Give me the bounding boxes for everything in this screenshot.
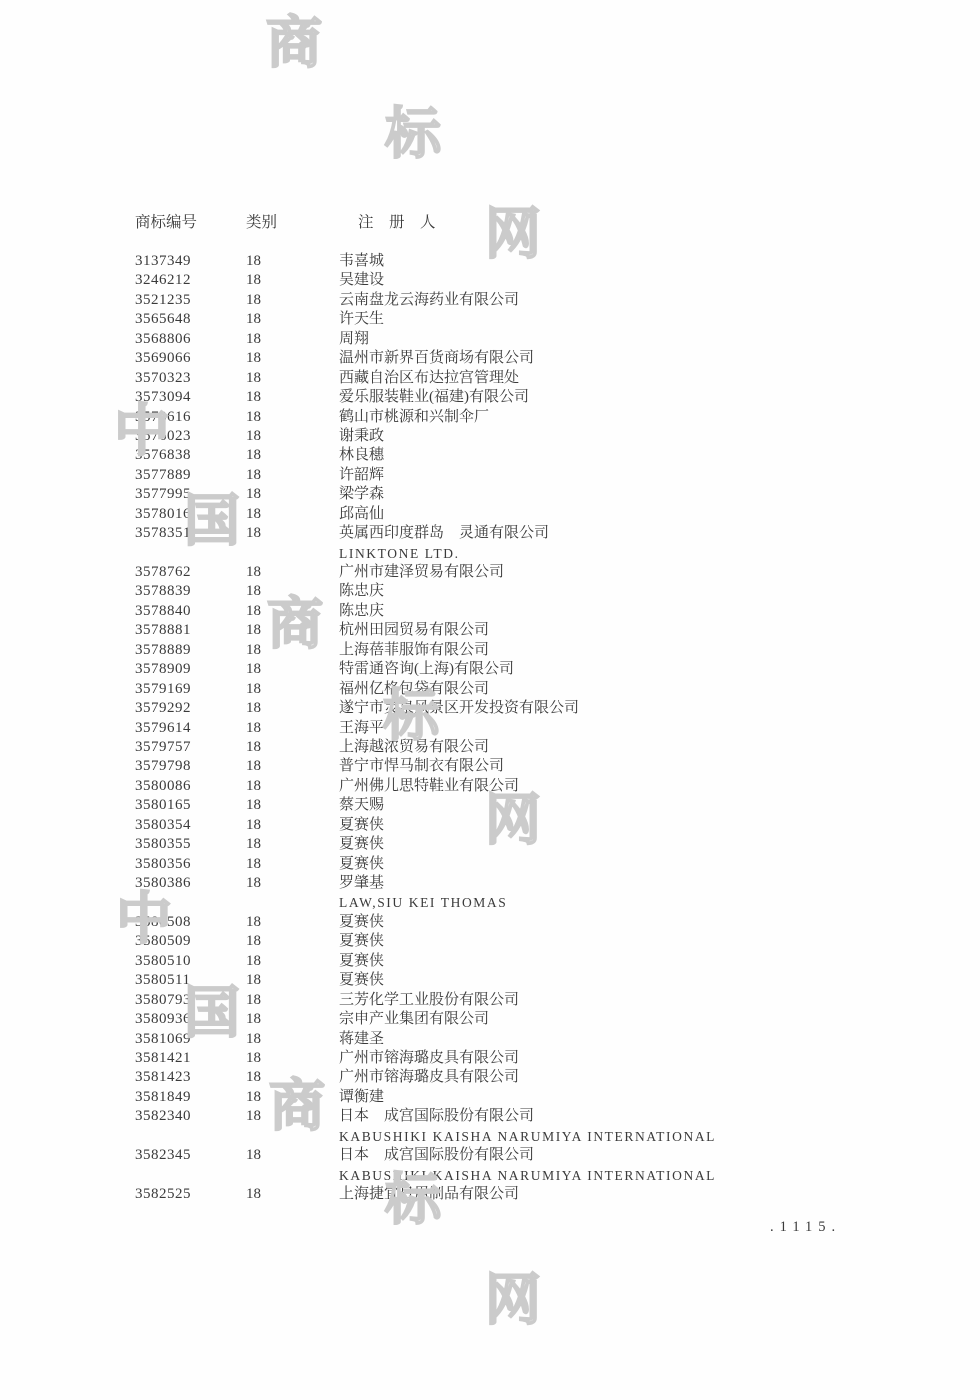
registrant-cell: 谭衡建 [339, 1088, 384, 1107]
watermark-char: 商 [267, 597, 323, 653]
class-cell: 18 [246, 446, 339, 465]
class-cell: 18 [246, 913, 339, 932]
registrant-foreign-name: LAW,SIU KEI THOMAS [339, 893, 507, 912]
table-row: 352123518云南盘龙云海药业有限公司 [135, 291, 835, 310]
table-row: 357032318西藏自治区布达拉宫管理处 [135, 369, 835, 388]
table-rows: 313734918韦喜城 324621218吴建设 352123518云南盘龙云… [135, 252, 835, 1204]
registrant-cell: 陈忠庆 [339, 602, 384, 621]
class-cell: 18 [246, 719, 339, 738]
watermark-char: 标 [385, 107, 441, 163]
table-row: 357884018陈忠庆 [135, 602, 835, 621]
trademark-number-cell: 3246212 [135, 271, 246, 290]
table-row: 357602318谢秉政 [135, 427, 835, 446]
registrant-cell: 夏赛侠 [339, 952, 384, 971]
header-trademark-number: 商标编号 [135, 213, 197, 233]
registrant-cell: 日本 成宫国际股份有限公司 [339, 1146, 534, 1165]
table-row: 358234518日本 成宫国际股份有限公司 [135, 1146, 835, 1165]
registrant-cell: 夏赛侠 [339, 971, 384, 990]
registrant-cell: 吴建设 [339, 271, 384, 290]
watermark-char: 商 [266, 16, 322, 72]
page-number: .1115. [770, 1219, 841, 1236]
class-cell: 18 [246, 796, 339, 815]
table-row: 358184918谭衡建 [135, 1088, 835, 1107]
watermark-char: 中 [116, 892, 172, 948]
table-row: 358051118夏赛侠 [135, 971, 835, 990]
class-cell: 18 [246, 524, 339, 543]
registrant-cell: 蒋建圣 [339, 1030, 384, 1049]
table-row: 357890918特雷通咨询(上海)有限公司 [135, 660, 835, 679]
registrant-cell: 三芳化学工业股份有限公司 [339, 991, 519, 1010]
table-row: 356906618温州市新界百货商场有限公司 [135, 349, 835, 368]
class-cell: 18 [246, 349, 339, 368]
table-row: 357835118英属西印度群岛 灵通有限公司 [135, 524, 835, 543]
header-registrant: 注 册 人 [358, 213, 436, 233]
table-row: 358038618罗肇基 [135, 874, 835, 893]
table-row: 356880618周翔 [135, 330, 835, 349]
trademark-number-cell: 3582345 [135, 1146, 246, 1165]
class-cell: 18 [246, 971, 339, 990]
class-cell: 18 [246, 855, 339, 874]
trademark-number-cell: 3580354 [135, 816, 246, 835]
table-row: 357979818普宁市悍马制衣有限公司 [135, 757, 835, 776]
table-row: 358142118广州市镕海璐皮具有限公司 [135, 1049, 835, 1068]
trademark-number-cell: 3582340 [135, 1107, 246, 1126]
registrant-cell: 温州市新界百货商场有限公司 [339, 349, 534, 368]
trademark-number-cell: 3580355 [135, 835, 246, 854]
trademark-number-cell: 3580510 [135, 952, 246, 971]
class-cell: 18 [246, 991, 339, 1010]
registrant-cell: 韦喜城 [339, 252, 384, 271]
class-cell: 18 [246, 466, 339, 485]
trademark-number-cell: 3578889 [135, 641, 246, 660]
registrant-foreign-name: LINKTONE LTD. [339, 544, 460, 563]
class-cell: 18 [246, 680, 339, 699]
class-cell: 18 [246, 369, 339, 388]
class-cell: 18 [246, 310, 339, 329]
trademark-number-cell: 3581423 [135, 1068, 246, 1087]
registrant-cell: 邱高仙 [339, 505, 384, 524]
class-cell: 18 [246, 660, 339, 679]
table-row: 358252518上海捷宜日用制品有限公司 [135, 1185, 835, 1204]
trademark-number-cell: 3580086 [135, 777, 246, 796]
registrant-cell: 夏赛侠 [339, 855, 384, 874]
registrant-cell: 谢秉政 [339, 427, 384, 446]
watermark-char: 商 [269, 1079, 325, 1135]
table-row: 356564818许天生 [135, 310, 835, 329]
table-row: 358035618夏赛侠 [135, 855, 835, 874]
class-cell: 18 [246, 291, 339, 310]
watermark-char: 国 [184, 986, 240, 1042]
class-cell: 18 [246, 738, 339, 757]
table-row: 357683818林良穗 [135, 446, 835, 465]
registrant-cell: 王海平 [339, 719, 384, 738]
registrant-cell: 罗肇基 [339, 874, 384, 893]
class-cell: 18 [246, 874, 339, 893]
trademark-number-cell: 3577889 [135, 466, 246, 485]
watermark-char: 标 [383, 689, 439, 745]
class-cell: 18 [246, 1010, 339, 1029]
trademark-number-cell: 3579798 [135, 757, 246, 776]
watermark-char: 网 [485, 1273, 541, 1329]
table-row: 358106918蒋建圣 [135, 1030, 835, 1049]
class-cell: 18 [246, 1146, 339, 1165]
class-cell: 18 [246, 699, 339, 718]
class-cell: 18 [246, 388, 339, 407]
class-cell: 18 [246, 1030, 339, 1049]
watermark-char: 中 [114, 404, 170, 460]
registrant-cell: 林良穗 [339, 446, 384, 465]
trademark-number-cell: 3570323 [135, 369, 246, 388]
trademark-number-cell: 3578762 [135, 563, 246, 582]
header-class: 类别 [246, 213, 277, 233]
trademark-number-cell: 3579614 [135, 719, 246, 738]
registrant-cell: 夏赛侠 [339, 835, 384, 854]
watermark-char: 国 [184, 494, 240, 550]
table-row: 357799518梁学森 [135, 485, 835, 504]
table-row: 358050818夏赛侠 [135, 913, 835, 932]
table-row: 358051018夏赛侠 [135, 952, 835, 971]
gazette-page: 商标网中国商标网中国商标网 商标编号 类别 注 册 人 313734918韦喜城… [0, 0, 980, 1400]
class-cell: 18 [246, 816, 339, 835]
trademark-number-cell: 3581849 [135, 1088, 246, 1107]
table-row: 357876218广州市建泽贸易有限公司 [135, 563, 835, 582]
class-cell: 18 [246, 757, 339, 776]
table-row: 357975718上海越浓贸易有限公司 [135, 738, 835, 757]
registrant-cell: 普宁市悍马制衣有限公司 [339, 757, 504, 776]
class-cell: 18 [246, 408, 339, 427]
trademark-number-cell: 3137349 [135, 252, 246, 271]
class-cell: 18 [246, 427, 339, 446]
table-row: 357309418爱乐服装鞋业(福建)有限公司 [135, 388, 835, 407]
trademark-number-cell: 3569066 [135, 349, 246, 368]
table-row: 357929218遂宁市灵泉风景区开发投资有限公司 [135, 699, 835, 718]
table-row: 358234018日本 成宫国际股份有限公司 [135, 1107, 835, 1126]
registrant-cell: 夏赛侠 [339, 816, 384, 835]
table-row: 357916918福州亿格包袋有限公司 [135, 680, 835, 699]
trademark-number-cell: 3581421 [135, 1049, 246, 1068]
registrant-cell: 特雷通咨询(上海)有限公司 [339, 660, 514, 679]
registrant-cell: 云南盘龙云海药业有限公司 [339, 291, 519, 310]
table-row: 358079318三芳化学工业股份有限公司 [135, 991, 835, 1010]
registrant-cell: 蔡天赐 [339, 796, 384, 815]
registrant-cell: 陈忠庆 [339, 582, 384, 601]
registrant-cell: 杭州田园贸易有限公司 [339, 621, 489, 640]
table-row: 357888918上海蓓菲服饰有限公司 [135, 641, 835, 660]
table-row: 358050918夏赛侠 [135, 932, 835, 951]
table-row: 357961418王海平 [135, 719, 835, 738]
class-cell: 18 [246, 563, 339, 582]
class-cell: 18 [246, 777, 339, 796]
registrant-cell: 周翔 [339, 330, 369, 349]
class-cell: 18 [246, 952, 339, 971]
table-row: 357788918许韶辉 [135, 466, 835, 485]
registrant-cell: 日本 成宫国际股份有限公司 [339, 1107, 534, 1126]
watermark-char: 标 [385, 1173, 441, 1229]
table-row-continuation: LINKTONE LTD. [135, 544, 835, 563]
registrant-cell: 爱乐服装鞋业(福建)有限公司 [339, 388, 529, 407]
class-cell: 18 [246, 330, 339, 349]
registrant-cell: 许韶辉 [339, 466, 384, 485]
registrant-cell: 鹤山市桃源和兴制伞厂 [339, 408, 489, 427]
table-row: 358142318广州市镕海璐皮具有限公司 [135, 1068, 835, 1087]
class-cell: 18 [246, 1185, 339, 1204]
table-row: 357801618邱高仙 [135, 505, 835, 524]
registrant-cell: 广州市镕海璐皮具有限公司 [339, 1049, 519, 1068]
class-cell: 18 [246, 252, 339, 271]
trademark-number-cell: 3579757 [135, 738, 246, 757]
trademark-number-cell: 3580165 [135, 796, 246, 815]
class-cell: 18 [246, 1049, 339, 1068]
table-row: 324621218吴建设 [135, 271, 835, 290]
registrant-cell: 夏赛侠 [339, 913, 384, 932]
trademark-number-cell: 3582525 [135, 1185, 246, 1204]
registrant-cell: 宗申产业集团有限公司 [339, 1010, 489, 1029]
registrant-cell: 梁学森 [339, 485, 384, 504]
watermark-char: 网 [485, 793, 541, 849]
trademark-number-cell: 3579169 [135, 680, 246, 699]
registrant-cell: 夏赛侠 [339, 932, 384, 951]
trademark-number-cell: 3568806 [135, 330, 246, 349]
registrant-cell: 广州市镕海璐皮具有限公司 [339, 1068, 519, 1087]
class-cell: 18 [246, 835, 339, 854]
table-row: 358093618宗申产业集团有限公司 [135, 1010, 835, 1029]
watermark-char: 网 [485, 207, 541, 263]
class-cell: 18 [246, 485, 339, 504]
trademark-number-cell: 3578909 [135, 660, 246, 679]
table-row-continuation: KABUSHIKI KAISHA NARUMIYA INTERNATIONAL [135, 1166, 835, 1185]
table-row-continuation: KABUSHIKI KAISHA NARUMIYA INTERNATIONAL [135, 1127, 835, 1146]
trademark-number-cell: 3578840 [135, 602, 246, 621]
trademark-number-cell: 3580356 [135, 855, 246, 874]
class-cell: 18 [246, 505, 339, 524]
table-row: 357883918陈忠庆 [135, 582, 835, 601]
registrant-cell: 上海蓓菲服饰有限公司 [339, 641, 489, 660]
registrant-cell: 广州市建泽贸易有限公司 [339, 563, 504, 582]
class-cell: 18 [246, 271, 339, 290]
trademark-number-cell: 3521235 [135, 291, 246, 310]
trademark-number-cell: 3578881 [135, 621, 246, 640]
registrant-cell: 遂宁市灵泉风景区开发投资有限公司 [339, 699, 579, 718]
trademark-number-cell: 3565648 [135, 310, 246, 329]
registrant-cell: 英属西印度群岛 灵通有限公司 [339, 524, 549, 543]
registrant-foreign-name: KABUSHIKI KAISHA NARUMIYA INTERNATIONAL [339, 1127, 716, 1146]
trademark-number-cell: 3579292 [135, 699, 246, 718]
table-row: 357888118杭州田园贸易有限公司 [135, 621, 835, 640]
table-row-continuation: LAW,SIU KEI THOMAS [135, 893, 835, 912]
registrant-cell: 许天生 [339, 310, 384, 329]
class-cell: 18 [246, 932, 339, 951]
registrant-cell: 西藏自治区布达拉宫管理处 [339, 369, 519, 388]
trademark-number-cell: 3578839 [135, 582, 246, 601]
table-row: 357361618鹤山市桃源和兴制伞厂 [135, 408, 835, 427]
